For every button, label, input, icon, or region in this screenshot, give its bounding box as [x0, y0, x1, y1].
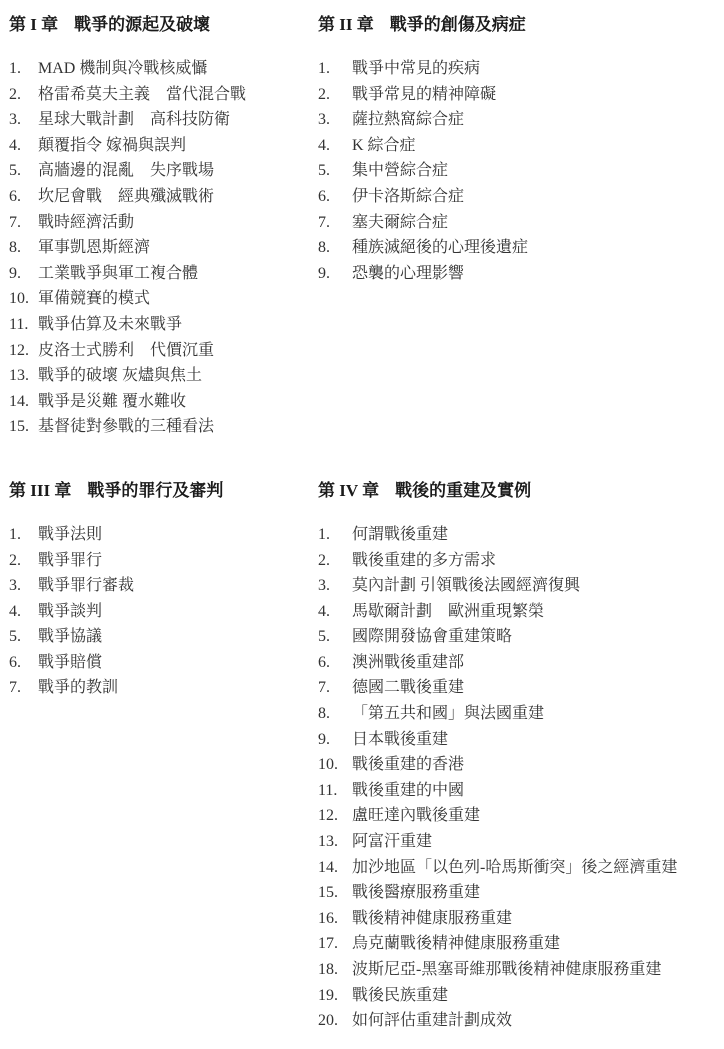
item-number: 3. [318, 107, 352, 133]
toc-item: 4.戰爭談判 [9, 599, 318, 625]
toc-item: 2.戰爭罪行 [9, 548, 318, 574]
toc-item: 5.集中營綜合症 [318, 158, 724, 184]
item-text: 戰爭常見的精神障礙 [352, 82, 496, 108]
chapter-3-heading: 第 III 章戰爭的罪行及審判 [9, 476, 318, 501]
item-text: 戰後重建的中國 [352, 778, 464, 804]
toc-item: 2.戰爭常見的精神障礙 [318, 82, 724, 108]
item-text: 波斯尼亞-黑塞哥維那戰後精神健康服務重建 [352, 957, 661, 983]
item-text: 戰爭是災難 覆水難收 [38, 389, 186, 415]
toc-item: 9.恐襲的心理影響 [318, 261, 724, 287]
toc-item: 5.國際開發協會重建策略 [318, 624, 724, 650]
item-text: 「第五共和國」與法國重建 [352, 701, 544, 727]
item-text: 戰爭賠償 [38, 650, 102, 676]
toc-item: 9.日本戰後重建 [318, 727, 724, 753]
toc-item: 7.德國二戰後重建 [318, 675, 724, 701]
item-text: 如何評估重建計劃成效 [352, 1008, 512, 1034]
chapter-4-title: 戰後的重建及實例 [395, 481, 531, 500]
item-text: 軍備競賽的模式 [38, 286, 150, 312]
item-number: 8. [9, 235, 38, 261]
chapter-2-title: 戰爭的創傷及病症 [390, 15, 526, 34]
toc-item: 15.基督徒對參戰的三種看法 [9, 414, 318, 440]
item-number: 4. [9, 599, 38, 625]
item-number: 13. [318, 829, 352, 855]
toc-item: 3.莫內計劃 引領戰後法國經濟復興 [318, 573, 724, 599]
item-number: 13. [9, 363, 38, 389]
toc-item: 8.軍事凱恩斯經濟 [9, 235, 318, 261]
chapter-4-heading: 第 IV 章戰後的重建及實例 [318, 476, 724, 501]
item-number: 9. [9, 261, 38, 287]
chapter-1-title: 戰爭的源起及破壞 [74, 15, 210, 34]
item-number: 5. [318, 158, 352, 184]
item-number: 9. [318, 727, 352, 753]
item-number: 6. [318, 650, 352, 676]
toc-item: 12.皮洛士式勝利 代價沉重 [9, 338, 318, 364]
toc-item: 5.戰爭協議 [9, 624, 318, 650]
item-text: 烏克蘭戰後精神健康服務重建 [352, 931, 560, 957]
toc-item: 20.如何評估重建計劃成效 [318, 1008, 724, 1034]
toc-item: 2.戰後重建的多方需求 [318, 548, 724, 574]
chapter-2-item-list: 1.戰爭中常見的疾病2.戰爭常見的精神障礙3.薩拉熱窩綜合症4.K 綜合症5.集… [318, 56, 724, 286]
chapter-1-item-list: 1.MAD 機制與冷戰核威懾2.格雷希莫夫主義 當代混合戰3.星球大戰計劃 高科… [9, 56, 318, 440]
chapter-3-title: 戰爭的罪行及審判 [87, 481, 223, 500]
item-number: 14. [318, 855, 352, 881]
item-number: 16. [318, 906, 352, 932]
chapter-4-section: 第 IV 章戰後的重建及實例 1.何謂戰後重建2.戰後重建的多方需求3.莫內計劃… [318, 476, 724, 1034]
item-number: 7. [9, 210, 38, 236]
toc-item: 1.戰爭法則 [9, 522, 318, 548]
chapter-3-label: 第 III 章 [9, 481, 71, 500]
toc-item: 7.戰時經濟活動 [9, 210, 318, 236]
toc-item: 15.戰後醫療服務重建 [318, 880, 724, 906]
chapter-2-label: 第 II 章 [318, 15, 374, 34]
toc-item: 17.烏克蘭戰後精神健康服務重建 [318, 931, 724, 957]
chapter-2-heading: 第 II 章戰爭的創傷及病症 [318, 10, 724, 35]
item-text: 戰後重建的多方需求 [352, 548, 496, 574]
item-number: 11. [9, 312, 38, 338]
item-text: 基督徒對參戰的三種看法 [38, 414, 214, 440]
item-text: 戰後精神健康服務重建 [352, 906, 512, 932]
item-text: 戰爭罪行審裁 [38, 573, 134, 599]
toc-item: 3.薩拉熱窩綜合症 [318, 107, 724, 133]
item-number: 18. [318, 957, 352, 983]
toc-item: 13.阿富汗重建 [318, 829, 724, 855]
toc-item: 7.塞夫爾綜合症 [318, 210, 724, 236]
item-text: 坎尼會戰 經典殲滅戰術 [38, 184, 214, 210]
toc-item: 14.戰爭是災難 覆水難收 [9, 389, 318, 415]
toc-item: 11.戰爭估算及未來戰爭 [9, 312, 318, 338]
chapter-2-section: 第 II 章戰爭的創傷及病症 1.戰爭中常見的疾病2.戰爭常見的精神障礙3.薩拉… [318, 10, 724, 286]
item-text: 何謂戰後重建 [352, 522, 448, 548]
item-text: 加沙地區「以色列-哈馬斯衝突」後之經濟重建 [352, 855, 677, 881]
chapter-4-item-list: 1.何謂戰後重建2.戰後重建的多方需求3.莫內計劃 引領戰後法國經濟復興4.馬歇… [318, 522, 724, 1034]
item-text: 莫內計劃 引領戰後法國經濟復興 [352, 573, 580, 599]
chapter-1-section: 第 I 章戰爭的源起及破壞 1.MAD 機制與冷戰核威懾2.格雷希莫夫主義 當代… [9, 10, 318, 440]
item-number: 6. [9, 184, 38, 210]
item-number: 5. [9, 624, 38, 650]
item-number: 4. [9, 133, 38, 159]
item-number: 2. [318, 548, 352, 574]
chapter-3-section: 第 III 章戰爭的罪行及審判 1.戰爭法則2.戰爭罪行3.戰爭罪行審裁4.戰爭… [9, 476, 318, 701]
item-text: 星球大戰計劃 高科技防衛 [38, 107, 230, 133]
item-number: 1. [9, 56, 38, 82]
toc-item: 11.戰後重建的中國 [318, 778, 724, 804]
item-number: 3. [318, 573, 352, 599]
item-text: 馬歇爾計劃 歐洲重現繁榮 [352, 599, 544, 625]
toc-page: 第 I 章戰爭的源起及破壞 1.MAD 機制與冷戰核威懾2.格雷希莫夫主義 當代… [0, 0, 724, 1049]
item-text: 戰後醫療服務重建 [352, 880, 480, 906]
item-text: 集中營綜合症 [352, 158, 448, 184]
toc-item: 16.戰後精神健康服務重建 [318, 906, 724, 932]
item-text: 皮洛士式勝利 代價沉重 [38, 338, 214, 364]
chapter-4-label: 第 IV 章 [318, 481, 379, 500]
item-text: 薩拉熱窩綜合症 [352, 107, 464, 133]
item-number: 20. [318, 1008, 352, 1034]
item-number: 11. [318, 778, 352, 804]
item-number: 12. [318, 803, 352, 829]
toc-item: 6.戰爭賠償 [9, 650, 318, 676]
item-number: 4. [318, 599, 352, 625]
item-number: 8. [318, 235, 352, 261]
item-text: 伊卡洛斯綜合症 [352, 184, 464, 210]
item-text: 國際開發協會重建策略 [352, 624, 512, 650]
toc-item: 4.馬歇爾計劃 歐洲重現繁榮 [318, 599, 724, 625]
item-number: 2. [9, 82, 38, 108]
toc-item: 9.工業戰爭與軍工複合體 [9, 261, 318, 287]
item-text: 戰爭中常見的疾病 [352, 56, 480, 82]
item-number: 1. [318, 56, 352, 82]
item-text: 盧旺達內戰後重建 [352, 803, 480, 829]
item-text: 恐襲的心理影響 [352, 261, 464, 287]
toc-item: 5.高牆邊的混亂 失序戰場 [9, 158, 318, 184]
item-text: MAD 機制與冷戰核威懾 [38, 56, 207, 82]
toc-item: 4.K 綜合症 [318, 133, 724, 159]
item-number: 10. [318, 752, 352, 778]
item-number: 14. [9, 389, 38, 415]
item-number: 17. [318, 931, 352, 957]
item-text: 種族滅絕後的心理後遺症 [352, 235, 528, 261]
item-text: 戰時經濟活動 [38, 210, 134, 236]
toc-item: 12.盧旺達內戰後重建 [318, 803, 724, 829]
toc-item: 8.種族滅絕後的心理後遺症 [318, 235, 724, 261]
item-text: 德國二戰後重建 [352, 675, 464, 701]
item-number: 19. [318, 983, 352, 1009]
item-text: 戰後重建的香港 [352, 752, 464, 778]
toc-item: 13.戰爭的破壞 灰燼與焦土 [9, 363, 318, 389]
item-text: K 綜合症 [352, 133, 416, 159]
item-number: 1. [318, 522, 352, 548]
toc-item: 1.戰爭中常見的疾病 [318, 56, 724, 82]
item-number: 4. [318, 133, 352, 159]
item-number: 2. [318, 82, 352, 108]
item-number: 5. [9, 158, 38, 184]
item-number: 2. [9, 548, 38, 574]
item-number: 6. [318, 184, 352, 210]
item-text: 格雷希莫夫主義 當代混合戰 [38, 82, 246, 108]
item-number: 7. [9, 675, 38, 701]
item-number: 1. [9, 522, 38, 548]
item-text: 日本戰後重建 [352, 727, 448, 753]
item-text: 阿富汗重建 [352, 829, 432, 855]
item-number: 7. [318, 675, 352, 701]
item-text: 戰爭罪行 [38, 548, 102, 574]
item-number: 7. [318, 210, 352, 236]
chapter-1-heading: 第 I 章戰爭的源起及破壞 [9, 10, 318, 35]
toc-item: 1.何謂戰後重建 [318, 522, 724, 548]
toc-item: 3.戰爭罪行審裁 [9, 573, 318, 599]
toc-item: 6.伊卡洛斯綜合症 [318, 184, 724, 210]
item-text: 工業戰爭與軍工複合體 [38, 261, 198, 287]
item-text: 戰爭的教訓 [38, 675, 118, 701]
item-text: 戰爭法則 [38, 522, 102, 548]
item-text: 澳洲戰後重建部 [352, 650, 464, 676]
toc-item: 10.戰後重建的香港 [318, 752, 724, 778]
item-text: 高牆邊的混亂 失序戰場 [38, 158, 214, 184]
item-text: 戰後民族重建 [352, 983, 448, 1009]
item-number: 6. [9, 650, 38, 676]
item-number: 8. [318, 701, 352, 727]
toc-item: 3.星球大戰計劃 高科技防衛 [9, 107, 318, 133]
item-number: 3. [9, 107, 38, 133]
item-text: 戰爭談判 [38, 599, 102, 625]
item-text: 顛覆指令 嫁禍與誤判 [38, 133, 186, 159]
item-number: 15. [9, 414, 38, 440]
toc-item: 19.戰後民族重建 [318, 983, 724, 1009]
chapter-3-item-list: 1.戰爭法則2.戰爭罪行3.戰爭罪行審裁4.戰爭談判5.戰爭協議6.戰爭賠償7.… [9, 522, 318, 701]
toc-item: 18.波斯尼亞-黑塞哥維那戰後精神健康服務重建 [318, 957, 724, 983]
toc-item: 7.戰爭的教訓 [9, 675, 318, 701]
item-number: 15. [318, 880, 352, 906]
toc-item: 6.澳洲戰後重建部 [318, 650, 724, 676]
toc-grid: 第 I 章戰爭的源起及破壞 1.MAD 機制與冷戰核威懾2.格雷希莫夫主義 當代… [9, 10, 724, 1034]
item-text: 戰爭的破壞 灰燼與焦土 [38, 363, 202, 389]
item-text: 軍事凱恩斯經濟 [38, 235, 150, 261]
item-number: 10. [9, 286, 38, 312]
toc-item: 1.MAD 機制與冷戰核威懾 [9, 56, 318, 82]
toc-item: 4.顛覆指令 嫁禍與誤判 [9, 133, 318, 159]
item-text: 塞夫爾綜合症 [352, 210, 448, 236]
toc-item: 8.「第五共和國」與法國重建 [318, 701, 724, 727]
toc-item: 6.坎尼會戰 經典殲滅戰術 [9, 184, 318, 210]
item-number: 9. [318, 261, 352, 287]
item-number: 5. [318, 624, 352, 650]
toc-item: 10.軍備競賽的模式 [9, 286, 318, 312]
item-text: 戰爭估算及未來戰爭 [38, 312, 182, 338]
item-number: 12. [9, 338, 38, 364]
toc-item: 2.格雷希莫夫主義 當代混合戰 [9, 82, 318, 108]
item-number: 3. [9, 573, 38, 599]
toc-item: 14.加沙地區「以色列-哈馬斯衝突」後之經濟重建 [318, 855, 724, 881]
chapter-1-label: 第 I 章 [9, 15, 58, 34]
item-text: 戰爭協議 [38, 624, 102, 650]
